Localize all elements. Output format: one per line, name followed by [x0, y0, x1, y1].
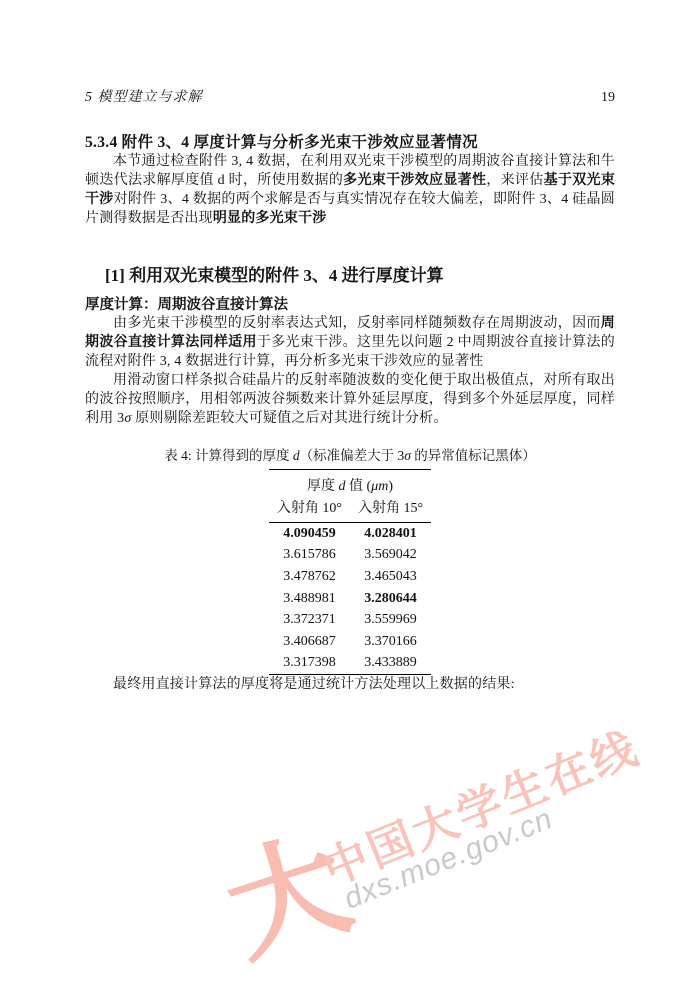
table-row: 4.0904594.028401 [269, 523, 431, 545]
paragraph-method: 由多光束干涉模型的反射率表达式知，反射率同样随频数存在周期波动，因而周期波谷直接… [85, 314, 615, 371]
paragraph-conclusion: 最终用直接计算法的厚度将是通过统计方法处理以上数据的结果: [85, 675, 615, 694]
thickness-value: 4.028401 [350, 523, 431, 545]
table-row: 3.6157863.569042 [269, 545, 431, 567]
thickness-value: 4.090459 [269, 523, 350, 545]
table-title: 厚度 d 值 (μm) [269, 470, 431, 498]
table-title-row: 厚度 d 值 (μm) [269, 470, 431, 498]
chapter-title: 5 模型建立与求解 [85, 86, 203, 106]
watermark-logo-icon: 大 [212, 822, 363, 973]
page-number: 19 [601, 90, 615, 106]
thickness-value: 3.569042 [350, 545, 431, 567]
table-header-row: 入射角 10° 入射角 15° [269, 497, 431, 523]
thickness-value: 3.280644 [350, 588, 431, 610]
paragraph-procedure: 用滑动窗口样条拟合硅晶片的反射率随波数的变化便于取出极值点，对所有取出的波谷按照… [85, 371, 615, 428]
section-heading: 5.3.4 附件 3、4 厚度计算与分析多光束干涉效应显著情况 [85, 130, 615, 152]
thickness-value: 3.406687 [269, 631, 350, 653]
thickness-value: 3.615786 [269, 545, 350, 567]
page-content: 5 模型建立与求解 19 5.3.4 附件 3、4 厚度计算与分析多光束干涉效应… [85, 86, 615, 694]
thickness-value: 3.372371 [269, 609, 350, 631]
watermark-text: 中国大学生在线 [316, 720, 651, 896]
table-caption: 表 4: 计算得到的厚度 d（标准偏差大于 3σ 的异常值标记黑体） [85, 444, 615, 464]
thickness-value: 3.465043 [350, 566, 431, 588]
table-body: 4.0904594.0284013.6157863.5690423.478762… [269, 523, 431, 675]
table-row: 3.4066873.370166 [269, 631, 431, 653]
thickness-value: 3.478762 [269, 566, 350, 588]
thickness-value: 3.559969 [350, 609, 431, 631]
table-row: 3.3173983.433889 [269, 653, 431, 675]
thickness-value: 3.317398 [269, 653, 350, 675]
thickness-table: 厚度 d 值 (μm) 入射角 10° 入射角 15° 4.0904594.02… [269, 469, 431, 675]
running-header: 5 模型建立与求解 19 [85, 86, 615, 106]
table-row: 3.4889813.280644 [269, 588, 431, 610]
thickness-value: 3.488981 [269, 588, 350, 610]
method-heading: [1] 利用双光束模型的附件 3、4 进行厚度计算 [105, 261, 615, 286]
thickness-value: 3.370166 [350, 631, 431, 653]
table-row: 3.3723713.559969 [269, 609, 431, 631]
paragraph-intro: 本节通过检查附件 3, 4 数据，在利用双光束干涉模型的周期波谷直接计算法和牛顿… [85, 152, 615, 228]
watermark-url: dxs.moe.gov.cn [339, 794, 575, 917]
column-header-angle-10: 入射角 10° [269, 497, 350, 523]
thickness-value: 3.433889 [350, 653, 431, 675]
paper-page: 5 模型建立与求解 19 5.3.4 附件 3、4 厚度计算与分析多光束干涉效应… [0, 0, 700, 989]
table-row: 3.4787623.465043 [269, 566, 431, 588]
column-header-angle-15: 入射角 15° [350, 497, 431, 523]
subsection-heading: 厚度计算：周期波谷直接计算法 [85, 293, 615, 314]
